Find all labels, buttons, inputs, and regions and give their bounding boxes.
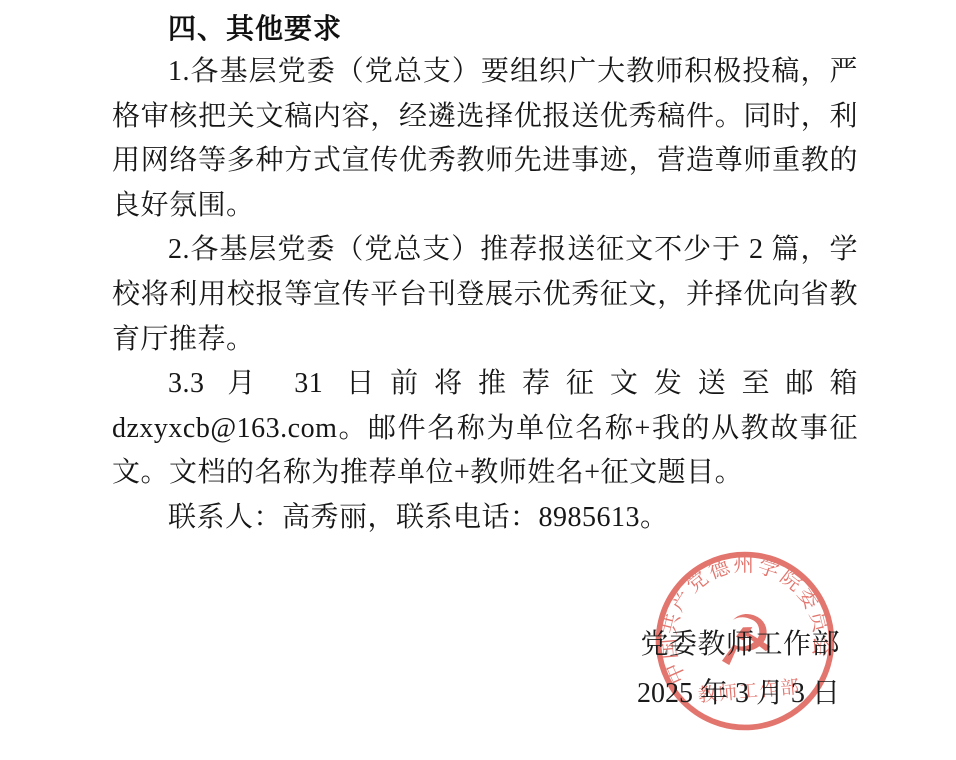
paragraph-3: 3.3 月 31 日前将推荐征文发送至邮箱 dzxyxcb@163.com。邮件… — [112, 362, 858, 496]
section-heading: 四、其他要求 — [112, 10, 858, 48]
signature-department: 党委教师工作部 — [637, 630, 840, 660]
document-page: 四、其他要求 1.各基层党委（党总支）要组织广大教师积极投稿，严格审核把关文稿内… — [0, 0, 956, 760]
signature-date: 2025 年 3 月 3 日 — [637, 679, 840, 709]
signature-block: 党委教师工作部 2025 年 3 月 3 日 — [637, 630, 840, 709]
paragraph-2: 2.各基层党委（党总支）推荐报送征文不少于 2 篇，学校将利用校报等宣传平台刊登… — [112, 228, 858, 362]
paragraph-1: 1.各基层党委（党总支）要组织广大教师积极投稿，严格审核把关文稿内容，经遴选择优… — [112, 50, 858, 228]
document-body: 1.各基层党委（党总支）要组织广大教师积极投稿，严格审核把关文稿内容，经遴选择优… — [112, 50, 858, 541]
contact-line: 联系人：高秀丽，联系电话：8985613。 — [112, 496, 858, 541]
